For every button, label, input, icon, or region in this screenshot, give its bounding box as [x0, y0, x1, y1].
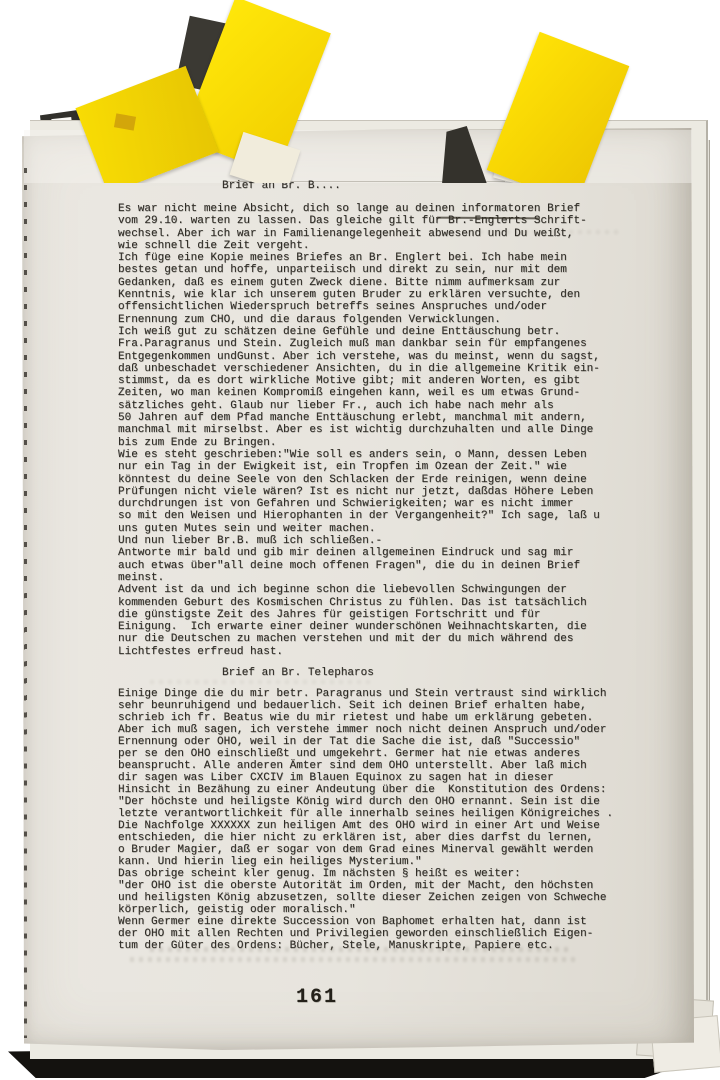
bleedthrough-smudge	[470, 230, 620, 234]
sticky-tabs-group	[0, 0, 720, 183]
letter-b-body: Es war nicht meine Absicht, dich so lang…	[118, 203, 600, 658]
page-number: 161	[296, 986, 338, 1009]
telepharos-heading: Brief an Br. Telepharos	[222, 667, 374, 680]
telepharos-body: Einige Dinge die du mir betr. Paragranus…	[118, 688, 613, 952]
sticky-tab-right	[487, 32, 630, 183]
bleedthrough-smudge	[150, 947, 570, 952]
photo-scene: Brief an Br. B.... Es war nicht meine Ab…	[0, 0, 720, 1080]
binding-stitch-marks	[24, 168, 27, 1038]
backdrop-behind-right-tab	[442, 126, 487, 183]
bleedthrough-smudge	[150, 680, 370, 684]
bleedthrough-smudge	[130, 957, 580, 962]
